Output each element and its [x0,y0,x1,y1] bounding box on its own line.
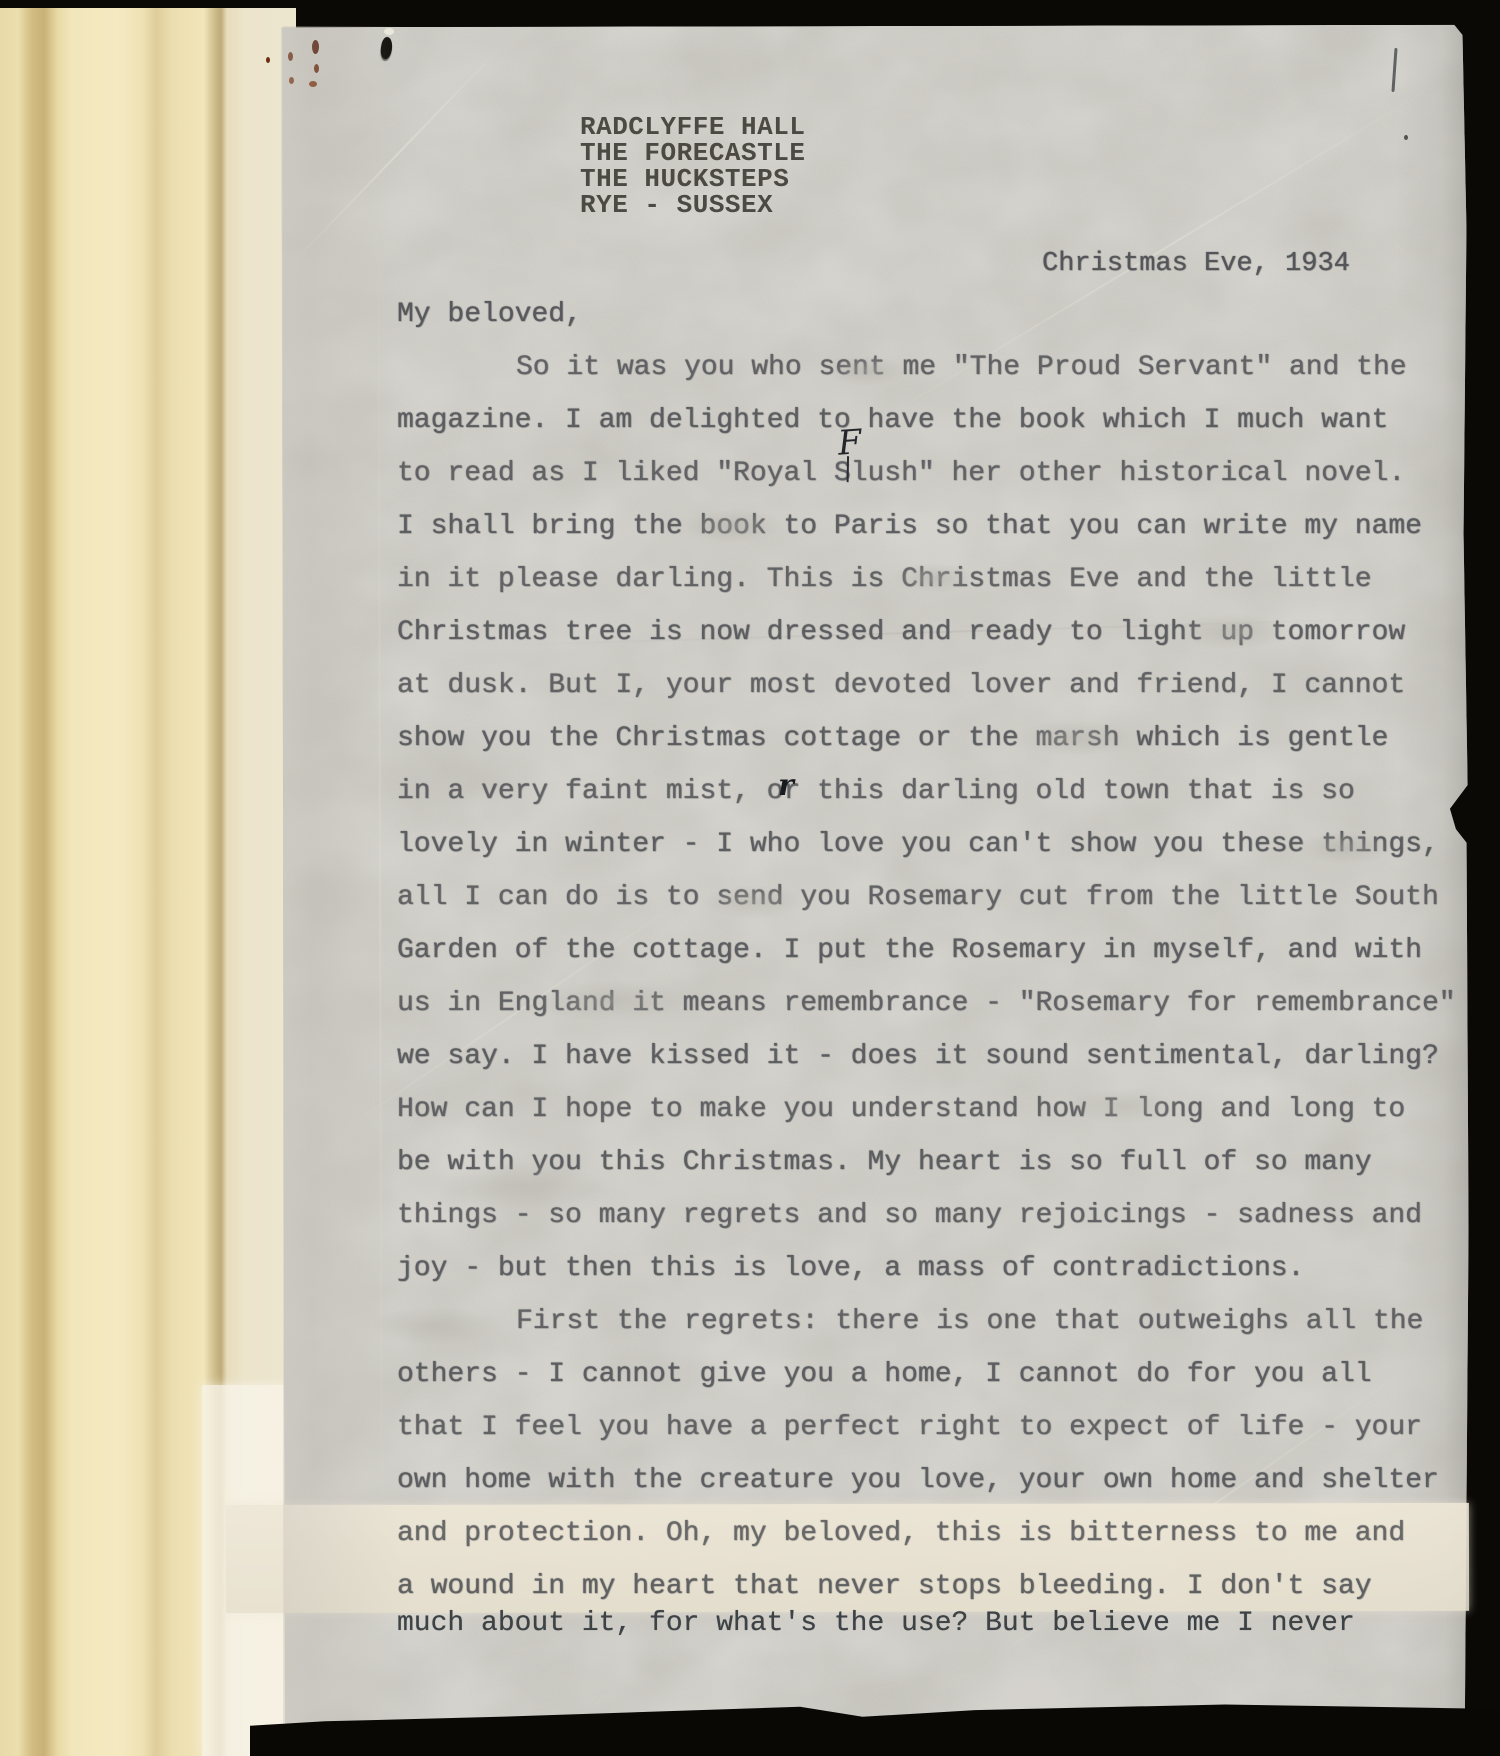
typed-line: others - I cannot give you a home, I can… [397,1348,1472,1401]
letterhead-street: THE HUCKSTEPS [580,166,805,192]
salutation: My beloved, [397,288,582,341]
typed-line: and protection. Oh, my beloved, this is … [397,1507,1472,1560]
typed-line: Garden of the cottage. I put the Rosemar… [397,924,1472,977]
rust-stain [289,77,294,84]
typed-line: First the regrets: there is one that out… [397,1295,1472,1348]
typed-line: things - so many regrets and so many rej… [397,1189,1472,1242]
typed-line: joy - but then this is love, a mass of c… [397,1242,1472,1295]
handwritten-correction-r: r [778,768,794,803]
typed-line: How can I hope to make you understand ho… [397,1083,1472,1136]
scanned-letter-page: RADCLYFFE HALL THE FORECASTLE THE HUCKST… [0,0,1500,1756]
letter-body: So it was you who sent me "The Proud Ser… [397,341,1472,1650]
typed-line: lovely in winter - I who love you can't … [397,818,1472,871]
dust-speck [1404,135,1408,140]
typed-line: in a very faint mist, or this darling ol… [397,765,1472,818]
rust-stain [309,81,317,87]
handwritten-correction-f: F [837,425,863,461]
letterhead-house: THE FORECASTLE [580,140,805,166]
typed-line: magazine. I am delighted to have the boo… [397,394,1472,447]
typed-line: that I feel you have a perfect right to … [397,1401,1472,1454]
date-line: Christmas Eve, 1934 [1042,249,1350,279]
typed-line: us in England it means remembrance - "Ro… [397,977,1472,1030]
typed-line: to read as I liked "Royal Slush" her oth… [397,447,1472,500]
typed-line: in it please darling. This is Christmas … [397,553,1472,606]
typed-line: much about it, for what's the use? But b… [397,1597,1472,1650]
rust-stain [266,57,270,63]
paper-fleck [384,28,394,35]
letterhead-name: RADCLYFFE HALL [580,114,805,140]
typed-line: Christmas tree is now dressed and ready … [397,606,1472,659]
typed-line: own home with the creature you love, you… [397,1454,1472,1507]
typed-line: I shall bring the book to Paris so that … [397,500,1472,553]
typed-line: all I can do is to send you Rosemary cut… [397,871,1472,924]
rust-stain [288,52,293,61]
typed-line: we say. I have kissed it - does it sound… [397,1030,1472,1083]
letterhead-town: RYE - SUSSEX [580,192,805,218]
rust-stain [314,64,319,73]
typed-line: show you the Christmas cottage or the ma… [397,712,1472,765]
letterhead: RADCLYFFE HALL THE FORECASTLE THE HUCKST… [580,114,805,218]
typed-line: be with you this Christmas. My heart is … [397,1136,1472,1189]
rust-stain [312,40,319,54]
typed-line: at dusk. But I, your most devoted lover … [397,659,1472,712]
typed-line: So it was you who sent me "The Proud Ser… [397,341,1472,394]
